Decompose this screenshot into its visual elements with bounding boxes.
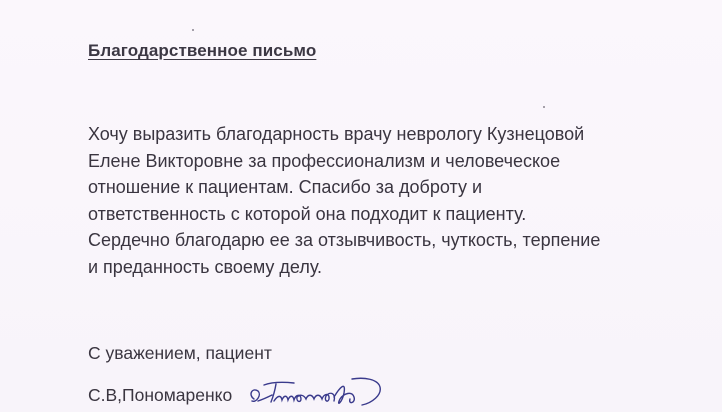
signer-name: С.В,Пономаренко — [88, 385, 232, 406]
letter-body: Хочу выразить благодарность врачу неврол… — [88, 121, 708, 280]
body-line: отношение к пациентам. Спасибо за доброт… — [88, 174, 708, 201]
scanned-letter-page: Благодарственное письмо Хочу выразить бл… — [0, 0, 722, 412]
body-line: Сердечно благодарю ее за отзывчивость, ч… — [88, 227, 708, 254]
body-line: и преданность своему делу. — [88, 254, 708, 281]
body-line: ответственность с которой она подходит к… — [88, 201, 708, 228]
body-line: Хочу выразить благодарность врачу неврол… — [88, 121, 708, 148]
letter-title: Благодарственное письмо — [88, 41, 316, 61]
signer-row: С.В,Пономаренко — [88, 381, 386, 409]
closing-phrase: С уважением, пациент — [88, 343, 272, 364]
scan-speck — [192, 29, 194, 31]
body-line: Елене Викторовне за профессионализм и че… — [88, 148, 708, 175]
handwritten-signature-icon — [246, 373, 386, 409]
scan-speck — [543, 106, 545, 108]
